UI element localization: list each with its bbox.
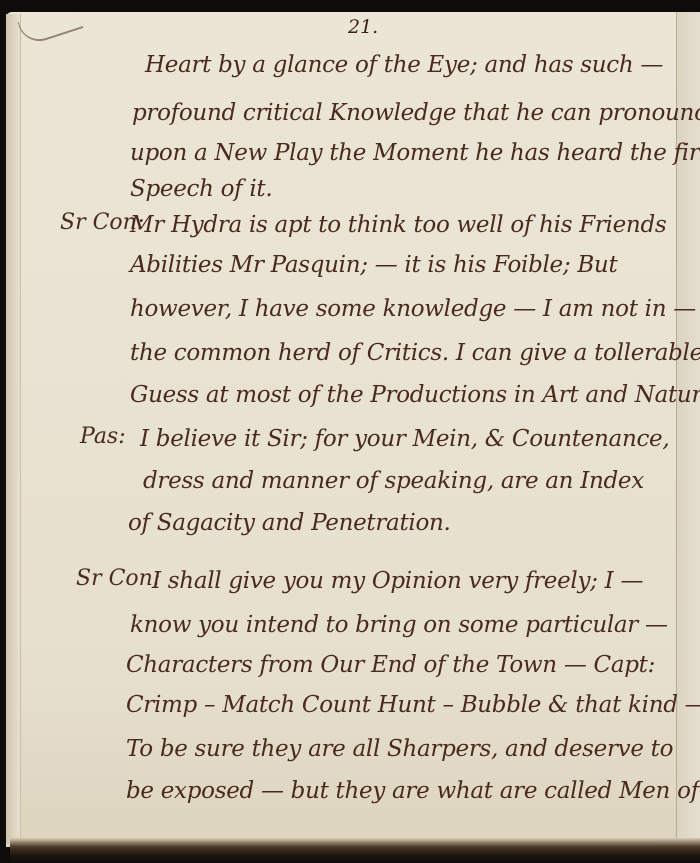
text-line-18: be exposed — but they are what are calle… [126, 778, 700, 804]
text-line-13: I shall give you my Opinion very freely;… [152, 568, 643, 594]
text-line-14: know you intend to bring on some particu… [130, 612, 668, 638]
text-line-17: To be sure they are all Sharpers, and de… [126, 736, 673, 762]
text-line-9: Guess at most of the Productions in Art … [130, 382, 700, 408]
text-line-3: upon a New Play the Moment he has heard … [130, 140, 700, 166]
text-line-7: however, I have some knowledge — I am no… [130, 296, 696, 322]
page-number: 21. [348, 16, 378, 38]
text-line-5: Mr Hydra is apt to think too well of his… [130, 212, 666, 238]
text-line-8: the common herd of Critics. I can give a… [130, 340, 700, 366]
page-bottom-rule [14, 842, 654, 843]
page-fold-line [676, 12, 677, 847]
text-line-1: Heart by a glance of the Eye; and has su… [145, 52, 663, 78]
speaker-label-sir-con-2: Sr Con: [76, 566, 160, 591]
text-line-6: Abilities Mr Pasquin; — it is his Foible… [130, 252, 617, 278]
text-line-12: of Sagacity and Penetration. [128, 510, 451, 536]
text-line-10: I believe it Sir; for your Mein, & Count… [140, 426, 669, 452]
text-line-2: profound critical Knowledge that he can … [132, 100, 700, 126]
next-page-edge [677, 12, 700, 847]
text-line-16: Crimp – Match Count Hunt – Bubble & that… [126, 692, 700, 718]
text-line-15: Characters from Our End of the Town — Ca… [126, 652, 655, 678]
text-line-4: Speech of it. [130, 176, 272, 202]
page-binding-edge [6, 14, 21, 844]
speaker-label-pas: Pas: [80, 424, 126, 449]
text-line-11: dress and manner of speaking, are an Ind… [143, 468, 644, 494]
